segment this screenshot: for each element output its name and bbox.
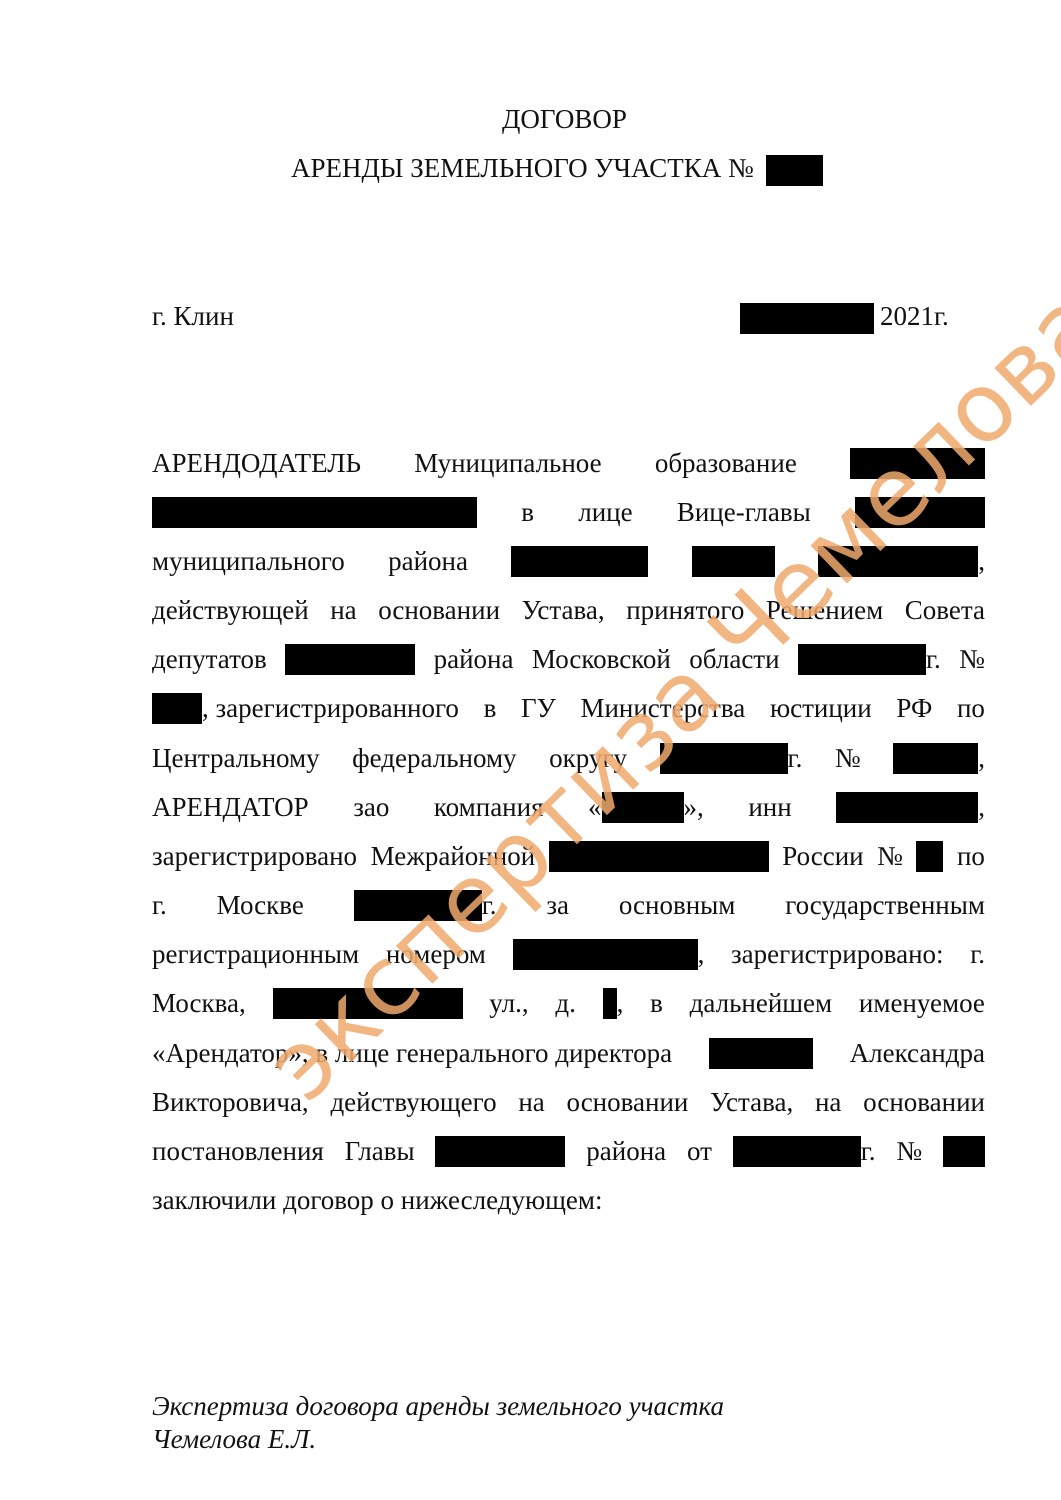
word: », [684,792,704,823]
date: 2021г. [740,301,949,334]
word: АРЕНДАТОР [152,792,309,823]
word: на [815,1087,841,1118]
body-line: «Арендатор», в лице генерального директо… [152,1037,985,1069]
word: регистрационным [152,939,359,970]
body-line: Москва, ул., д. , в дальнейшем именуемое [152,987,985,1019]
word: Муниципальное [414,448,601,479]
footer: Экспертиза договора аренды земельного уч… [152,1390,724,1456]
document-title: ДОГОВОР [502,104,627,134]
word: компания [434,792,544,823]
body-line: АРЕНДАТОР зао компания «», инн , [152,791,985,823]
body-line: г. Москве г. за основным государственным [152,889,985,921]
word: Устава, [710,1087,793,1118]
word: по [957,693,985,724]
redaction [549,841,769,872]
word: д. [555,988,576,1019]
word: дальнейшем [690,988,833,1019]
footer-line-2: Чемелова Е.Л. [152,1423,724,1456]
year: 2021г. [880,301,949,331]
redaction [916,841,943,872]
word: Совета [905,595,985,626]
word: ГУ [521,693,556,724]
redaction [511,546,648,577]
word: Александра [850,1038,985,1069]
word: Министерства [580,693,745,724]
word: области [689,644,779,675]
redaction [893,743,978,774]
word: от [687,1136,712,1167]
word: муниципального [152,546,345,577]
word: г. [926,644,941,675]
word: № [959,644,985,675]
word: депутатов [152,644,267,675]
redaction [692,546,775,577]
word: Вице-главы [677,497,811,528]
redaction [285,644,415,675]
word: Межрайонной [371,841,536,872]
word: Москва, [152,988,246,1019]
word: « [588,792,602,823]
word: № [835,743,861,774]
word: государственным [785,890,985,921]
word: юстиции [770,693,872,724]
word: по [957,841,985,872]
word: г. [482,890,497,921]
word: № [896,1136,922,1167]
body-line: муниципального района , [152,545,985,577]
body-line: Центральному федеральному округу г. № , [152,742,985,774]
word: основании [863,1087,985,1118]
word: Центральному [152,743,320,774]
word: зарегистрировано: [731,939,944,970]
word: ул., [489,988,528,1019]
body-line: депутатов района Московской области г. № [152,643,985,675]
redaction [836,792,978,823]
redaction [602,792,684,823]
body-line: регистрационным номером , зарегистрирова… [152,938,985,970]
word: района [388,546,468,577]
redaction [733,1136,861,1167]
word: зао [353,792,389,823]
word: , [978,743,985,774]
body-line: Викторовича, действующего на основании У… [152,1086,985,1118]
redaction [709,1038,813,1069]
word: , [617,988,624,1019]
redaction [855,497,985,528]
word: г. [861,1136,876,1167]
redaction [818,546,978,577]
word: действующего [330,1087,496,1118]
body-line: действующей на основании Устава, принято… [152,594,985,626]
word: лице [578,497,632,528]
word: , [698,939,705,970]
word: инн [748,792,791,823]
word: № [877,841,903,872]
subtitle-text: АРЕНДЫ ЗЕМЕЛЬНОГО УЧАСТКА № [291,153,754,183]
word: на [518,1087,544,1118]
word: в [484,693,497,724]
redaction [798,644,926,675]
word: именуемое [859,988,985,1019]
word: , [978,546,985,577]
word: в [521,497,534,528]
redaction [603,988,617,1019]
word: федеральному [352,743,516,774]
redaction [660,743,788,774]
word: основании [567,1087,689,1118]
redaction [850,448,985,479]
word: Главы [345,1136,415,1167]
word: России [782,841,863,872]
word: Викторовича, [152,1087,309,1118]
word: образование [655,448,797,479]
word: зарегистрировано [152,841,357,872]
word: основным [619,890,736,921]
redaction [152,497,477,528]
body-line: , зарегистрированного в ГУ Министерства … [152,692,985,724]
word: РФ [896,693,932,724]
body-line: заключили договор о нижеследующем: [152,1184,985,1216]
word: г. [970,939,985,970]
word: за [546,890,569,921]
redaction [740,303,874,334]
word: , зарегистрированного [202,693,459,724]
redaction [435,1136,565,1167]
word: Устава, [522,595,605,626]
word: г. [788,743,803,774]
word: на [330,595,356,626]
word: г. [152,890,167,921]
body-line: АРЕНДОДАТЕЛЬ Муниципальное образование [152,447,985,479]
word: в [650,988,663,1019]
word: района [586,1136,666,1167]
redaction [273,988,463,1019]
word: номером [386,939,486,970]
word: Решением [766,595,883,626]
body-line: в лице Вице-главы [152,496,985,528]
word: района [434,644,514,675]
redaction [152,693,202,724]
word: Московской [532,644,671,675]
closing-text: заключили договор о нижеследующем: [152,1185,603,1216]
redaction [354,890,482,921]
word: принятого [626,595,744,626]
word: основании [378,595,500,626]
footer-line-1: Экспертиза договора аренды земельного уч… [152,1390,724,1423]
redaction [943,1136,985,1167]
word: Москве [217,890,304,921]
word: АРЕНДОДАТЕЛЬ [152,448,361,479]
body-line: постановления Главы района от г. № [152,1135,985,1167]
document-subtitle: АРЕНДЫ ЗЕМЕЛЬНОГО УЧАСТКА № [291,153,823,186]
redaction [766,155,823,186]
city: г. Клин [152,301,234,331]
word: постановления [152,1136,324,1167]
redaction [513,939,698,970]
word: «Арендатор», в лице генерального директо… [152,1038,672,1069]
word: округу [549,743,627,774]
word: действующей [152,595,309,626]
body-line: зарегистрировано Межрайонной России № по [152,840,985,872]
word: , [978,792,985,823]
